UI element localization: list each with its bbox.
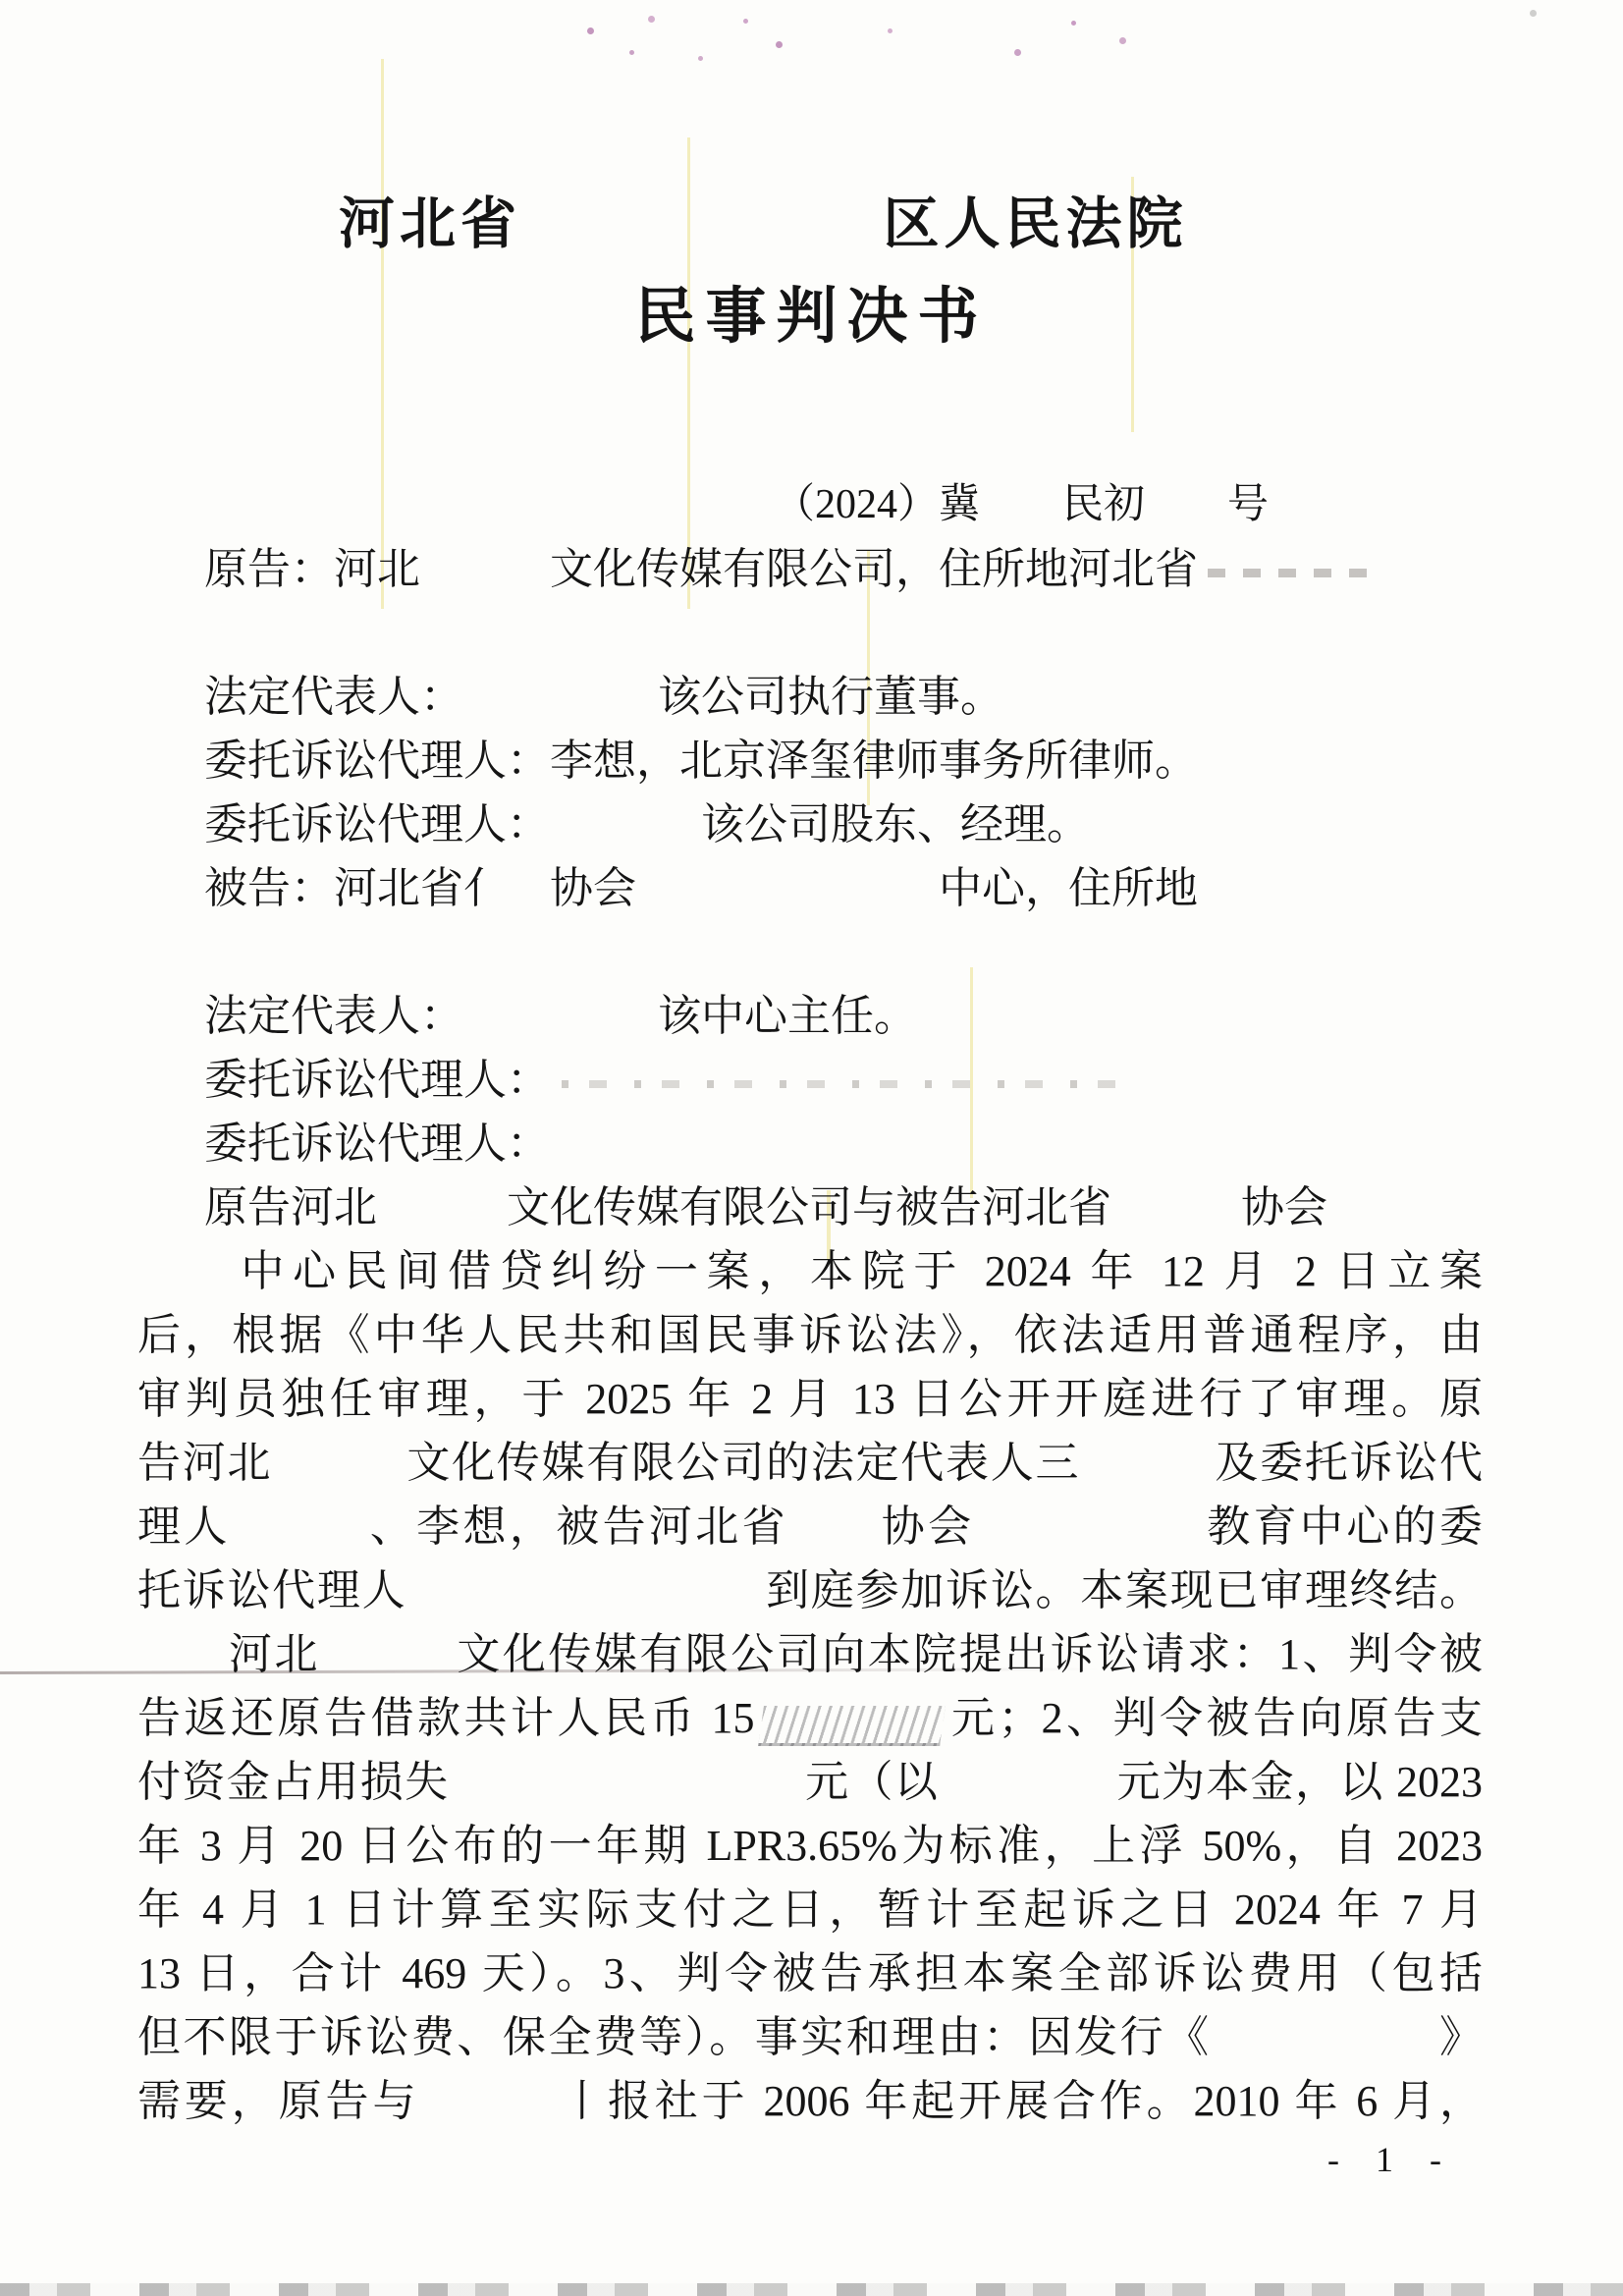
line-text: 委托诉讼代理人： — [204, 1056, 550, 1104]
line-text: 河北 文化传媒有限公司向本院提出诉讼请求：1、判令被 — [137, 1630, 1483, 1678]
smudge-dashes-redaction-mark — [1208, 569, 1375, 577]
court-title: 河北省 区人民法院 — [339, 179, 1188, 259]
scratch-redaction-mark — [758, 1706, 946, 1746]
document-line: 法定代表人： 该公司执行董事。 — [137, 665, 1483, 729]
line-text: 年 3 月 20 日公布的一年期 LPR3.65%为标准，上浮 50%，自 20… — [137, 1822, 1483, 1870]
document-line: 理人 、李想，被告河北省 协会 教育中心的委 — [137, 1495, 1483, 1558]
document-line: 审判员独任审理，于 2025 年 2 月 13 日公开开庭进行了审理。原 — [137, 1367, 1483, 1431]
line-text: 理人 、李想，被告河北省 协会 教育中心的委 — [137, 1503, 1483, 1551]
line-text: 审判员独任审理，于 2025 年 2 月 13 日公开开庭进行了审理。原 — [137, 1375, 1483, 1423]
line-text: 法定代表人： 该中心主任。 — [204, 992, 917, 1040]
document-line: 后，根据《中华人民共和国民事诉讼法》，依法适用普通程序，由 — [137, 1303, 1483, 1367]
line-text: 告返还原告借款共计人民币 15 — [137, 1694, 755, 1742]
scanned-judgment-page: { "page": { "court_title_left": "河北省", "… — [0, 0, 1623, 2296]
document-line: 委托诉讼代理人： 该公司股东、经理。 — [137, 793, 1483, 856]
document-line: 中心民间借贷纠纷一案，本院于 2024 年 12 月 2 日立案 — [137, 1239, 1483, 1303]
line-text: 付资金占用损失 元（以 元为本金，以 2023 — [137, 1758, 1483, 1806]
line-text: 后，根据《中华人民共和国民事诉讼法》，依法适用普通程序，由 — [137, 1311, 1483, 1359]
scan-edge-noise — [0, 2283, 1623, 2296]
line-text: 原告：河北 文化传媒有限公司，住所地河北省 — [204, 545, 1198, 593]
line-text: 委托诉讼代理人： — [204, 1120, 550, 1168]
line-text: 年 4 月 1 日计算至实际支付之日，暂计至起诉之日 2024 年 7 月 — [137, 1886, 1483, 1934]
line-text: 委托诉讼代理人：李想，北京泽玺律师事务所律师。 — [204, 737, 1198, 785]
line-text: 被告：河北省亻 协会 中心，住所地 — [204, 864, 1198, 912]
line-text: 但不限于诉讼费、保全费等）。事实和理由：因发行《 》 — [137, 2013, 1483, 2061]
document-line: 告河北 文化传媒有限公司的法定代表人三 及委托诉讼代 — [137, 1431, 1483, 1495]
document-line: 需要，原告与 丨报社于 2006 年起开展合作。2010 年 6 月， — [137, 2069, 1483, 2133]
document-line: 但不限于诉讼费、保全费等）。事实和理由：因发行《 》 — [137, 2005, 1483, 2069]
line-text: 元；2、判令被告向原告支 — [948, 1694, 1484, 1742]
document-line: 13 日，合计 469 天）。3、判令被告承担本案全部诉讼费用（包括 — [137, 1941, 1483, 2005]
line-text: 告河北 文化传媒有限公司的法定代表人三 及委托诉讼代 — [137, 1439, 1483, 1487]
document-line: 委托诉讼代理人： — [137, 1112, 1483, 1175]
line-text: （2024）冀 民初 号 — [774, 482, 1269, 527]
document-line: 委托诉讼代理人： — [137, 1048, 1483, 1112]
document-line: 河北 文化传媒有限公司向本院提出诉讼请求：1、判令被 — [137, 1622, 1483, 1686]
court-title-province: 河北省 — [339, 193, 521, 255]
document-line: 付资金占用损失 元（以 元为本金，以 2023 — [137, 1750, 1483, 1814]
line-text: 法定代表人： 该公司执行董事。 — [204, 673, 1003, 721]
document-line: 年 4 月 1 日计算至实际支付之日，暂计至起诉之日 2024 年 7 月 — [137, 1878, 1483, 1941]
document-line: 委托诉讼代理人：李想，北京泽玺律师事务所律师。 — [137, 729, 1483, 793]
document-line — [137, 920, 1483, 984]
smudge-dots-redaction-mark — [562, 1080, 1131, 1088]
line-text: 中心民间借贷纠纷一案，本院于 2024 年 12 月 2 日立案 — [137, 1247, 1483, 1295]
document-line: 原告：河北 文化传媒有限公司，住所地河北省 — [137, 537, 1483, 601]
line-text: 需要，原告与 丨报社于 2006 年起开展合作。2010 年 6 月， — [137, 2077, 1483, 2125]
line-text: 托诉讼代理人 到庭参加诉讼。本案现已审理终结。 — [137, 1566, 1483, 1614]
document-body: （2024）冀 民初 号原告：河北 文化传媒有限公司，住所地河北省法定代表人： … — [137, 473, 1483, 2133]
document-line: （2024）冀 民初 号 — [774, 473, 1483, 537]
document-line: 托诉讼代理人 到庭参加诉讼。本案现已审理终结。 — [137, 1558, 1483, 1622]
line-text: 原告河北 文化传媒有限公司与被告河北省 协会 — [204, 1183, 1327, 1231]
document-line: 年 3 月 20 日公布的一年期 LPR3.65%为标准，上浮 50%，自 20… — [137, 1814, 1483, 1878]
document-type-title: 民事判决书 — [0, 267, 1623, 355]
document-line — [137, 601, 1483, 665]
document-line: 告返还原告借款共计人民币 15元；2、判令被告向原告支 — [137, 1686, 1483, 1750]
document-line: 法定代表人： 该中心主任。 — [137, 984, 1483, 1048]
page-number: - 1 - — [1327, 2139, 1455, 2180]
line-text: 委托诉讼代理人： 该公司股东、经理。 — [204, 800, 1090, 848]
document-line: 原告河北 文化传媒有限公司与被告河北省 协会 — [137, 1175, 1483, 1239]
court-title-suffix: 区人民法院 — [884, 193, 1188, 255]
scan-noise-speckles — [0, 0, 3, 3]
line-text: 13 日，合计 469 天）。3、判令被告承担本案全部诉讼费用（包括 — [137, 1949, 1483, 1997]
document-line: 被告：河北省亻 协会 中心，住所地 — [137, 856, 1483, 920]
